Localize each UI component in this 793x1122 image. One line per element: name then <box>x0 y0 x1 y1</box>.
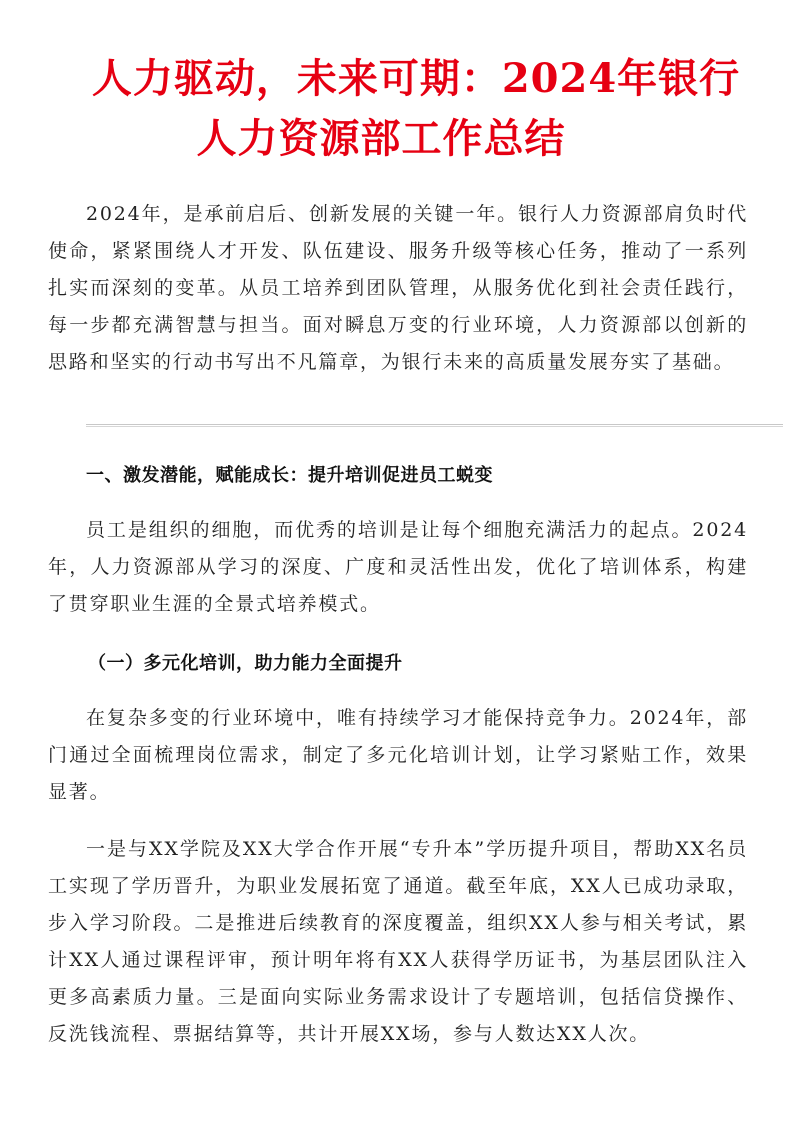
document-title-line-1: 人力驱动，未来可期：2024年银行 <box>60 56 772 102</box>
document-page: 人力驱动，未来可期：2024年银行 人力资源部工作总结 2024年，是承前启后、… <box>0 0 793 1122</box>
subsection-1-heading: （一）多元化培训，助力能力全面提升 <box>88 652 403 676</box>
section-1-paragraph: 员工是组织的细胞，而优秀的培训是让每个细胞充满活力的起点。2024年，人力资源部… <box>48 512 748 623</box>
section-1-heading: 一、激发潜能，赋能成长：提升培训促进员工蜕变 <box>86 464 493 488</box>
subsection-1-paragraph-2: 一是与XX学院及XX大学合作开展“专升本”学历提升项目，帮助XX名员工实现了学历… <box>48 831 748 1053</box>
subsection-1-paragraph-1: 在复杂多变的行业环境中，唯有持续学习才能保持竞争力。2024年，部门通过全面梳理… <box>48 700 748 811</box>
document-title-line-2: 人力资源部工作总结 <box>25 116 737 162</box>
intro-paragraph: 2024年，是承前启后、创新发展的关键一年。银行人力资源部肩负时代使命，紧紧围绕… <box>48 196 748 381</box>
horizontal-divider <box>86 424 783 427</box>
